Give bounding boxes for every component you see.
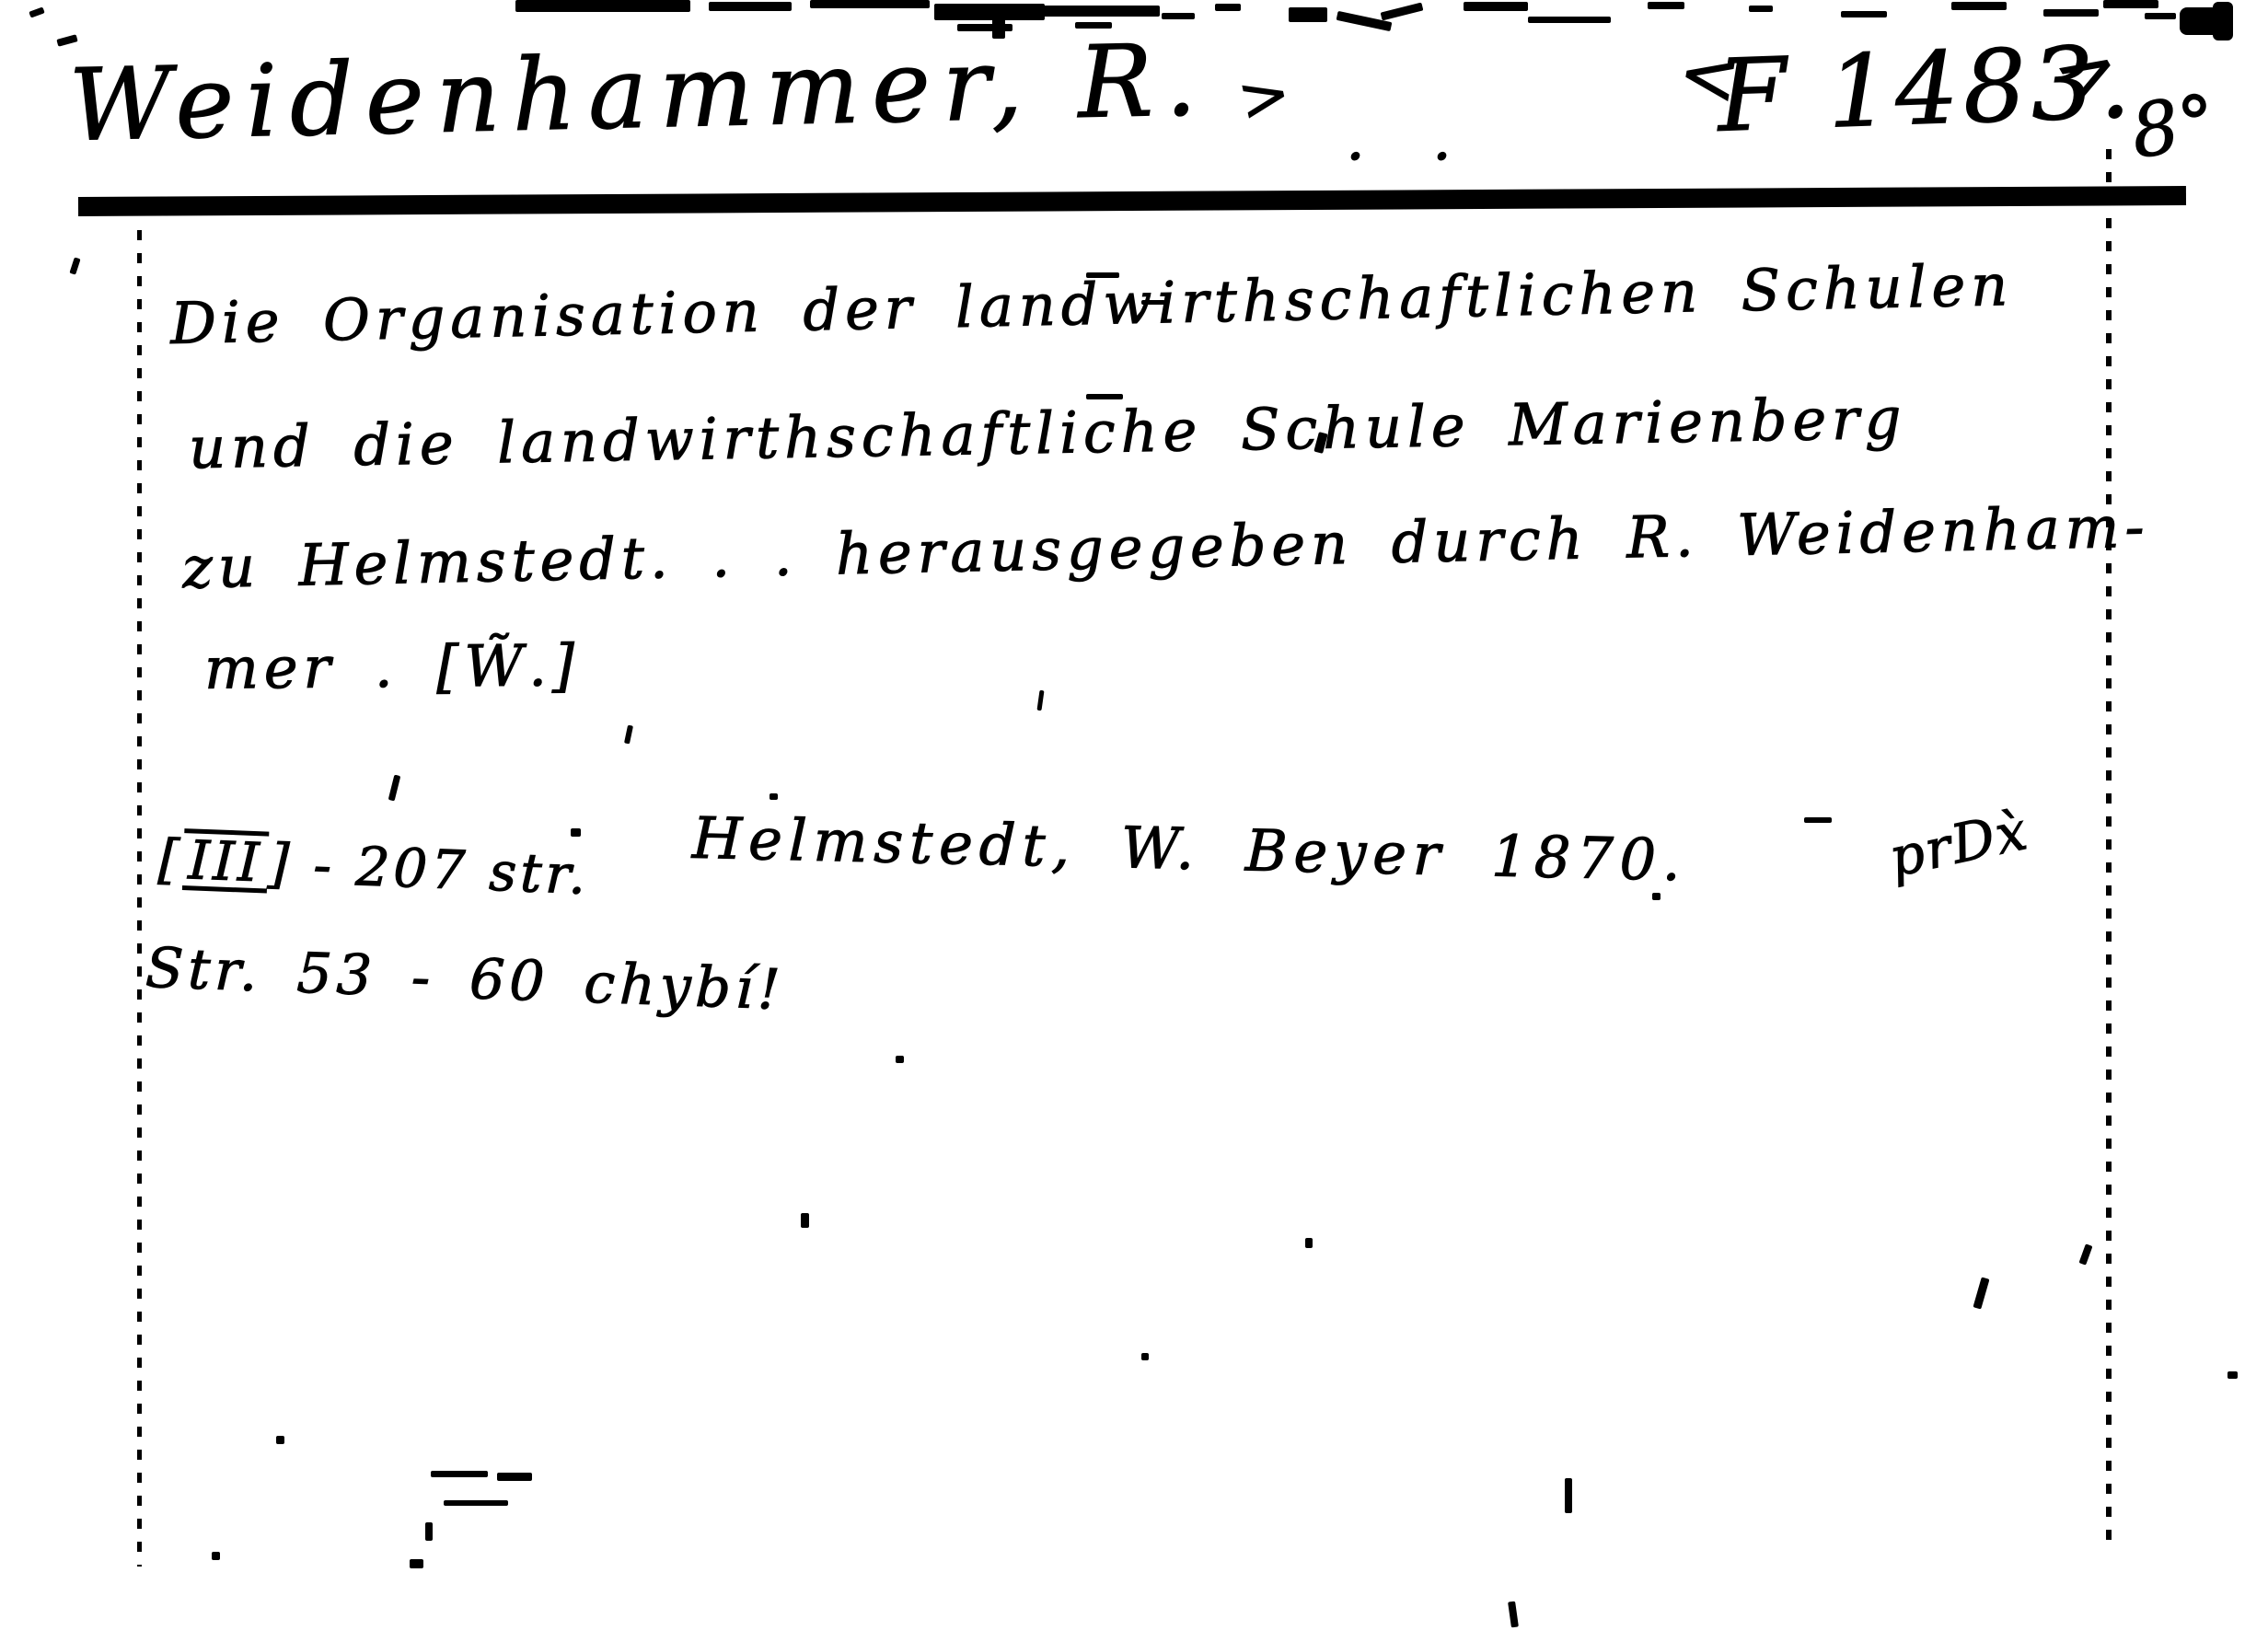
scan-speck	[1652, 893, 1660, 900]
scan-speck	[431, 1471, 488, 1477]
scan-noise	[1648, 2, 1684, 9]
scan-speck	[896, 1056, 904, 1063]
title-line-3: zu Helmstedt. . . herausgegeben durch R.…	[182, 499, 2150, 597]
scan-speck	[1804, 817, 1832, 823]
left-margin-dotted-line	[137, 230, 142, 1567]
scan-noise	[2043, 9, 2099, 17]
scan-speck	[1141, 300, 1165, 305]
scan-speck	[388, 775, 401, 802]
scan-speck	[1973, 1277, 1989, 1309]
scan-speck	[1305, 1238, 1313, 1248]
title-line-1: Die Organisation der landwirthschaftlich…	[170, 257, 2014, 353]
scan-speck	[69, 257, 80, 274]
insertion-caret: >	[1233, 62, 1296, 132]
scan-speck	[2227, 1371, 2238, 1379]
scan-noise	[1381, 3, 1424, 21]
scan-speck	[425, 1522, 433, 1541]
scan-speck	[801, 1213, 809, 1228]
scan-noise	[1215, 4, 1241, 11]
scan-noise	[1841, 11, 1887, 17]
header-rule	[78, 186, 2186, 216]
scan-speck	[56, 34, 77, 46]
scan-speck	[444, 1500, 508, 1506]
scan-speck	[1036, 690, 1044, 711]
title-line-2: und die landwirthschaftliche Schule Mari…	[189, 390, 1907, 478]
scan-noise	[1749, 6, 1773, 12]
scan-speck	[410, 1559, 423, 1568]
scan-speck	[1086, 272, 1119, 278]
author-heading: Weidenhammer, R.	[68, 31, 1209, 156]
scan-noise	[992, 9, 1005, 39]
roman-numeral: III	[182, 828, 270, 894]
scan-speck	[1141, 1353, 1149, 1360]
scan-speck	[29, 6, 44, 17]
scan-speck	[497, 1473, 532, 1481]
format-mark: 8°	[2127, 85, 2220, 169]
handwritten-annotation: prDx̀	[1885, 804, 2033, 885]
scan-speck	[1565, 1478, 1572, 1513]
scan-speck	[769, 793, 778, 800]
scan-noise	[1022, 6, 1160, 17]
scan-speck	[2078, 1243, 2092, 1265]
scan-noise	[515, 0, 690, 12]
right-margin-dotted-line	[2106, 149, 2112, 1551]
trailing-dots: . .	[1346, 109, 1452, 169]
bracket-open: [	[157, 827, 184, 891]
scan-speck	[624, 725, 633, 745]
collation-pages: ] - 207 str.	[267, 832, 590, 907]
scan-noise	[2103, 0, 2158, 8]
scan-noise	[709, 2, 792, 11]
scan-speck	[1508, 1602, 1519, 1628]
missing-pages-note: Str. 53 - 60 chybí!	[145, 941, 785, 1018]
scan-speck	[571, 828, 581, 837]
scan-speck	[212, 1552, 220, 1560]
scan-noise	[810, 0, 930, 8]
scan-noise	[1162, 13, 1195, 19]
title-line-4: mer . [W̃.]	[204, 637, 581, 698]
scanned-catalog-card: { "page": { "background": "#ffffff", "in…	[0, 0, 2268, 1642]
scan-noise	[1464, 2, 1528, 11]
scan-noise-corner-blob	[2213, 2, 2233, 40]
scan-noise	[1075, 22, 1112, 29]
scan-noise	[2145, 13, 2176, 19]
scan-noise	[1289, 7, 1327, 22]
collation-statement: [III] - 207 str.	[157, 827, 591, 906]
scan-speck	[1086, 394, 1123, 399]
scan-noise	[1951, 2, 2007, 10]
scan-speck	[276, 1436, 284, 1444]
imprint-statement: Helmstedt, W. Beyer 1870.	[691, 810, 1687, 890]
scan-noise	[1528, 17, 1611, 23]
